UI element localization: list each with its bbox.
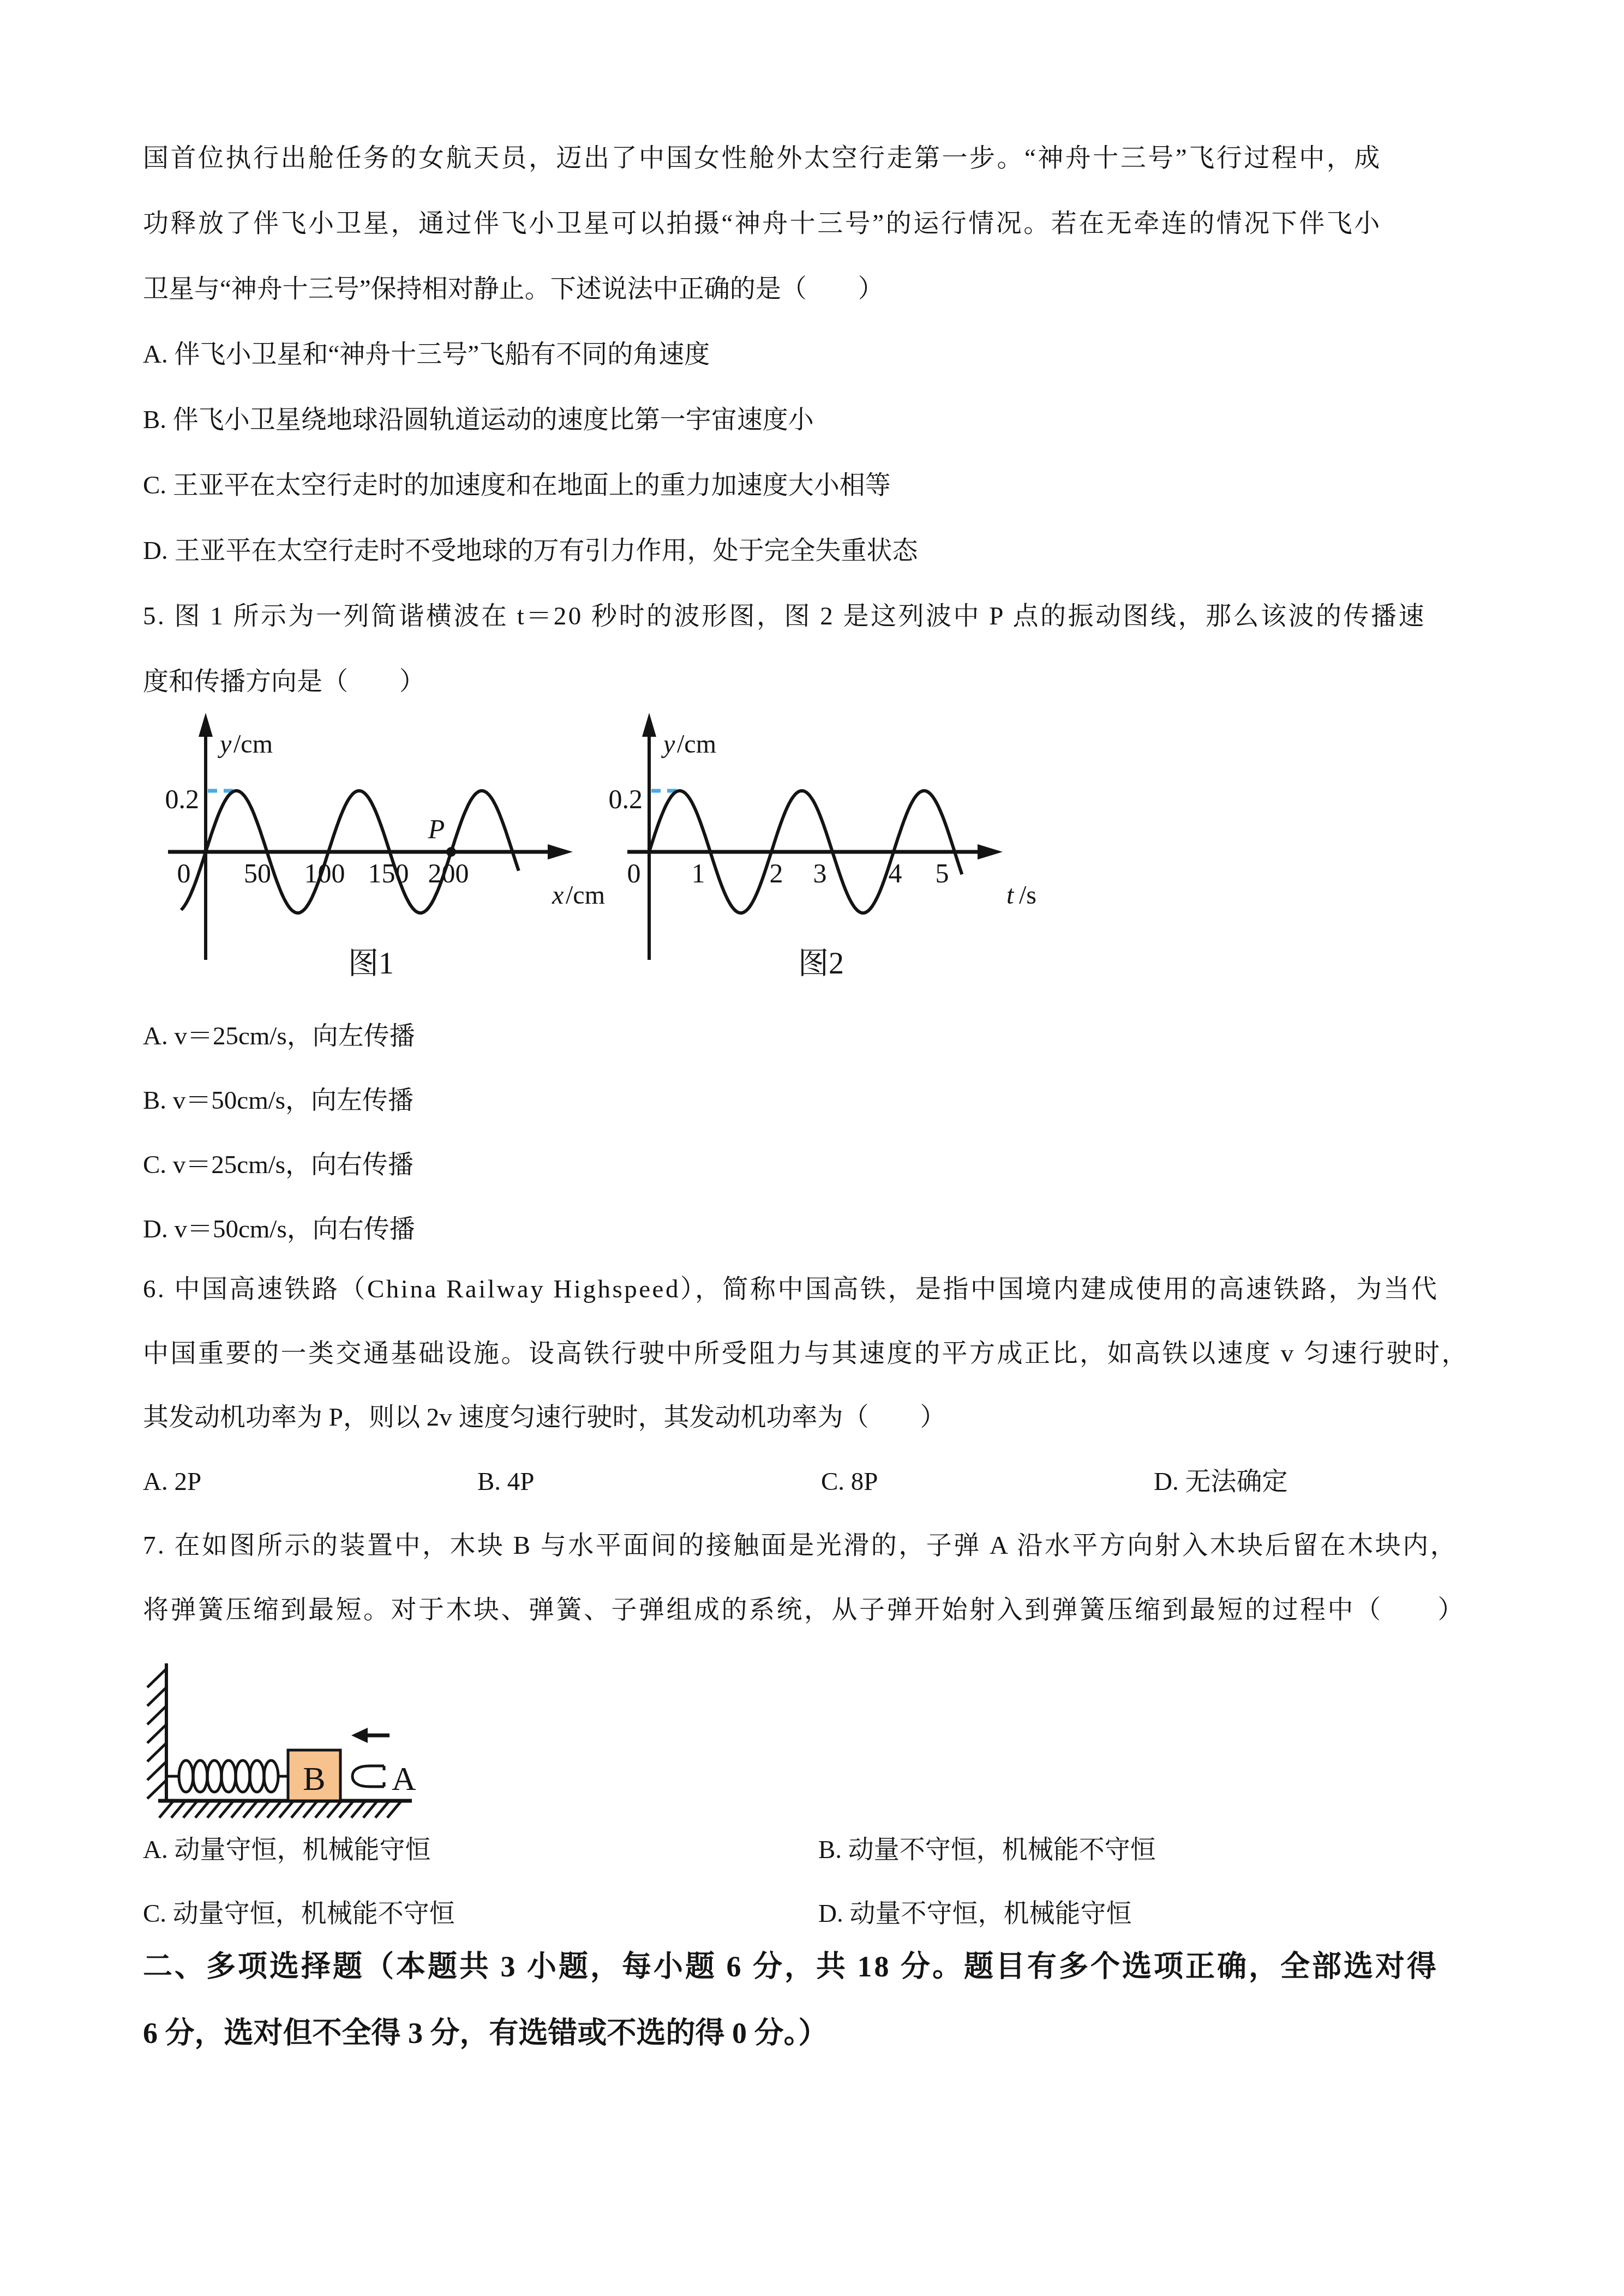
fig2-x-axis-label-var: t bbox=[1006, 881, 1015, 910]
fig2-caption: 图2 bbox=[798, 947, 844, 981]
wave-figures: P 0.2 y /cm 0 50 100 150 200 x /cm 图1 0.… bbox=[0, 701, 1091, 984]
fig1-tick-150: 150 bbox=[368, 858, 409, 888]
fig2-y-axis-arrow-icon bbox=[642, 713, 656, 737]
fig2-x-axis-label-unit: /s bbox=[1019, 881, 1036, 910]
question-7-option-a: A. 动量守恒，机械能守恒 bbox=[143, 1835, 430, 1865]
fig2-tick-3: 3 bbox=[813, 858, 827, 888]
fig2-tick-5: 5 bbox=[936, 858, 949, 888]
bullet-a: A bbox=[352, 1760, 416, 1798]
spring bbox=[166, 1760, 288, 1792]
fig1-amp-label: 0.2 bbox=[165, 784, 200, 814]
fig2-origin-label: 0 bbox=[627, 858, 641, 888]
figure-spring-block: B A bbox=[131, 1652, 567, 1832]
question-6-line-3: 其发动机功率为 P，则以 2v 速度匀速行驶时，其发动机功率为（ ） bbox=[143, 1403, 945, 1432]
question-5-line-1: 5. 图 1 所示为一列简谐横波在 t＝20 秒时的波形图，图 2 是这列波中 … bbox=[143, 602, 1426, 631]
fig1-x-axis-label-var: x bbox=[552, 881, 564, 910]
section-2-heading-line-2: 6 分，选对但不全得 3 分，有选错或不选的得 0 分。） bbox=[143, 2016, 828, 2050]
question-6-line-1: 6. 中国高速铁路（China Railway Highspeed），简称中国高… bbox=[143, 1275, 1439, 1304]
fig1-y-axis-label-unit: /cm bbox=[233, 730, 273, 759]
question-6-option-a: A. 2P bbox=[143, 1467, 201, 1496]
question-4-option-a: A. 伴飞小卫星和“神舟十三号”飞船有不同的角速度 bbox=[143, 340, 710, 369]
fig2-amp-label: 0.2 bbox=[609, 784, 643, 814]
question-4-option-c: C. 王亚平在太空行走时的加速度和在地面上的重力加速度大小相等 bbox=[143, 471, 891, 500]
fig1-x-axis-arrow-icon bbox=[548, 844, 573, 860]
question-4-option-d: D. 王亚平在太空行走时不受地球的万有引力作用，处于完全失重状态 bbox=[143, 536, 918, 566]
fig1-point-p-dot bbox=[446, 847, 456, 857]
wall-hatching bbox=[147, 1669, 166, 1799]
wall bbox=[147, 1663, 166, 1802]
block-b: B bbox=[288, 1750, 340, 1801]
question-6-option-d: D. 无法确定 bbox=[1154, 1467, 1287, 1496]
fig1-tick-100: 100 bbox=[304, 858, 345, 888]
question-7-option-d: D. 动量不守恒，机械能守恒 bbox=[818, 1899, 1131, 1928]
fig1-y-axis-arrow-icon bbox=[199, 713, 213, 737]
question-5-option-c: C. v＝25cm/s，向右传播 bbox=[143, 1150, 414, 1180]
question-4-line-3: 卫星与“神舟十三号”保持相对静止。下述说法中正确的是（ ） bbox=[143, 274, 884, 304]
question-7-option-c: C. 动量守恒，机械能不守恒 bbox=[143, 1899, 455, 1928]
fig2-tick-1: 1 bbox=[692, 858, 705, 888]
question-5-option-a: A. v＝25cm/s，向左传播 bbox=[143, 1021, 415, 1051]
question-7-line-1: 7. 在如图所示的装置中，木块 B 与水平面间的接触面是光滑的，子弹 A 沿水平… bbox=[143, 1531, 1458, 1560]
fig1-caption: 图1 bbox=[348, 947, 394, 981]
section-2-heading-line-1: 二、多项选择题（本题共 3 小题，每小题 6 分，共 18 分。题目有多个选项正… bbox=[143, 1950, 1439, 1984]
fig1-x-axis-label-unit: /cm bbox=[566, 881, 605, 910]
fig2-x-axis-arrow-icon bbox=[978, 844, 1003, 860]
fig1-tick-200: 200 bbox=[428, 858, 469, 888]
question-6-line-2: 中国重要的一类交通基础设施。设高铁行驶中所受阻力与其速度的平方成正比，如高铁以速… bbox=[143, 1339, 1469, 1368]
fig1-y-axis-label-var: y bbox=[217, 730, 232, 759]
velocity-arrow-icon bbox=[351, 1728, 389, 1743]
exam-page: 国首位执行出舱任务的女航天员，迈出了中国女性舱外太空行走第一步。“神舟十三号”飞… bbox=[0, 0, 1624, 2296]
fig2-y-axis-label-var: y bbox=[661, 730, 675, 759]
question-7-option-b: B. 动量不守恒，机械能不守恒 bbox=[818, 1835, 1156, 1865]
fig1-origin-label: 0 bbox=[177, 858, 191, 888]
question-5-option-b: B. v＝50cm/s，向左传播 bbox=[143, 1086, 414, 1115]
fig1-point-p-label: P bbox=[428, 814, 445, 844]
fig2-y-axis-label-unit: /cm bbox=[677, 730, 716, 759]
question-5-option-d: D. v＝50cm/s，向右传播 bbox=[143, 1215, 415, 1244]
ground bbox=[158, 1801, 412, 1818]
question-4-line-1: 国首位执行出舱任务的女航天员，迈出了中国女性舱外太空行走第一步。“神舟十三号”飞… bbox=[143, 143, 1382, 173]
fig2-tick-2: 2 bbox=[770, 858, 783, 888]
question-5-line-2: 度和传播方向是（ ） bbox=[143, 667, 425, 696]
question-4-option-b: B. 伴飞小卫星绕地球沿圆轨道运动的速度比第一宇宙速度小 bbox=[143, 405, 814, 435]
figure-2: 0.2 y /cm 0 1 2 3 4 5 t /s 图2 bbox=[609, 713, 1037, 981]
question-4-line-2: 功释放了伴飞小卫星，通过伴飞小卫星可以拍摄“神舟十三号”的运行情况。若在无牵连的… bbox=[143, 209, 1382, 238]
block-b-label: B bbox=[303, 1760, 325, 1798]
question-6-option-b: B. 4P bbox=[477, 1467, 535, 1496]
question-6-option-c: C. 8P bbox=[821, 1467, 878, 1496]
fig2-tick-4: 4 bbox=[889, 858, 902, 888]
fig1-tick-50: 50 bbox=[244, 858, 271, 888]
question-7-line-2: 将弹簧压缩到最短。对于木块、弹簧、子弹组成的系统，从子弹开始射入到弹簧压缩到最短… bbox=[143, 1595, 1465, 1625]
bullet-a-label: A bbox=[392, 1760, 416, 1798]
figure-1: P 0.2 y /cm 0 50 100 150 200 x /cm 图1 bbox=[165, 713, 605, 981]
ground-hatching bbox=[159, 1801, 401, 1818]
